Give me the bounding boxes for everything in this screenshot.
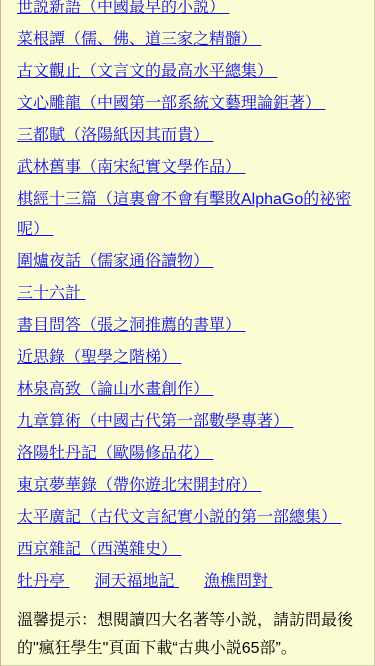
- book-link-sanshiliuji[interactable]: 三十六計: [17, 285, 85, 302]
- book-link-jinsilu[interactable]: 近思錄（聖學之階梯）: [17, 349, 181, 366]
- book-link-row: 三都賦（洛陽紙因其而貴）: [17, 121, 358, 151]
- book-link-row: 古文觀止（文言文的最高水平總集）: [17, 57, 358, 87]
- book-link-taipingguangji[interactable]: 太平廣記（古代文言紀實小説的第一部總集）: [17, 509, 341, 526]
- book-link-row: 西京雜記（西漢雜史）: [17, 535, 358, 565]
- book-link-jiuzhangsuanshu[interactable]: 九章算術（中國古代第一部數學專著）: [17, 413, 293, 430]
- book-link-qijingshisanpian[interactable]: 棋經十三篇（這裏會不會有擊敗AlphaGo的祕密呢）: [17, 191, 351, 238]
- book-link-row: 世説新語（中國最早的小説）: [17, 0, 358, 23]
- book-link-yuqiaowendui[interactable]: 漁樵問對: [204, 573, 272, 590]
- book-link-row: 東京夢華錄（帶你遊北宋開封府）: [17, 471, 358, 501]
- book-link-linquangaozhi[interactable]: 林泉高致（論山水畫創作）: [17, 381, 213, 398]
- tip-text: 溫馨提示：想閱讀四大名著等小説，請訪問最後的"瘋狂學生"頁面下載“古典小説65部…: [17, 607, 358, 663]
- book-link-dongtianfudiji[interactable]: 洞天福地記: [94, 573, 178, 590]
- book-link-sandufu[interactable]: 三都賦（洛陽紙因其而貴）: [17, 127, 213, 144]
- book-link-caigentan[interactable]: 菜根譚（儒、佛、道三家之精髓）: [17, 31, 261, 48]
- book-link-row: 近思錄（聖學之階梯）: [17, 343, 358, 373]
- book-link-row: 太平廣記（古代文言紀實小説的第一部總集）: [17, 503, 358, 533]
- book-link-row: 武林舊事（南宋紀實文學作品）: [17, 153, 358, 183]
- book-list-page: 世説新語（中國最早的小説） 菜根譚（儒、佛、道三家之精髓） 古文觀止（文言文的最…: [0, 0, 375, 663]
- book-link-dongjingmenghualu[interactable]: 東京夢華錄（帶你遊北宋開封府）: [17, 477, 261, 494]
- book-link-guwenguanzhi[interactable]: 古文觀止（文言文的最高水平總集）: [17, 63, 277, 80]
- book-link-wenxindiaolong[interactable]: 文心雕龍（中國第一部系統文藝理論鉅著）: [17, 95, 325, 112]
- book-link-luoyangmudanji[interactable]: 洛陽牡丹記（歐陽修品花）: [17, 445, 213, 462]
- book-link-row: 洛陽牡丹記（歐陽修品花）: [17, 439, 358, 469]
- book-link-row: 三十六計: [17, 279, 358, 309]
- book-link-row: 圍爐夜話（儒家通俗讀物）: [17, 247, 358, 277]
- book-link-shishuoxinyu[interactable]: 世説新語（中國最早的小説）: [17, 0, 229, 16]
- book-link-wulinjiushi[interactable]: 武林舊事（南宋紀實文學作品）: [17, 159, 245, 176]
- book-link-mudanting[interactable]: 牡丹亭: [17, 573, 69, 590]
- inline-link-row: 牡丹亭洞天福地記漁樵問對: [17, 567, 358, 597]
- book-link-shumuwenda[interactable]: 書目問答（張之洞推薦的書單）: [17, 317, 245, 334]
- book-link-row: 書目問答（張之洞推薦的書單）: [17, 311, 358, 341]
- book-link-row: 九章算術（中國古代第一部數學專著）: [17, 407, 358, 437]
- book-link-row: 菜根譚（儒、佛、道三家之精髓）: [17, 25, 358, 55]
- book-link-weiluyehua[interactable]: 圍爐夜話（儒家通俗讀物）: [17, 253, 213, 270]
- book-link-row: 棋經十三篇（這裏會不會有擊敗AlphaGo的祕密呢）: [17, 185, 358, 245]
- book-link-row: 林泉高致（論山水畫創作）: [17, 375, 358, 405]
- book-link-xijingzaji[interactable]: 西京雜記（西漢雜史）: [17, 541, 181, 558]
- book-link-row: 文心雕龍（中國第一部系統文藝理論鉅著）: [17, 89, 358, 119]
